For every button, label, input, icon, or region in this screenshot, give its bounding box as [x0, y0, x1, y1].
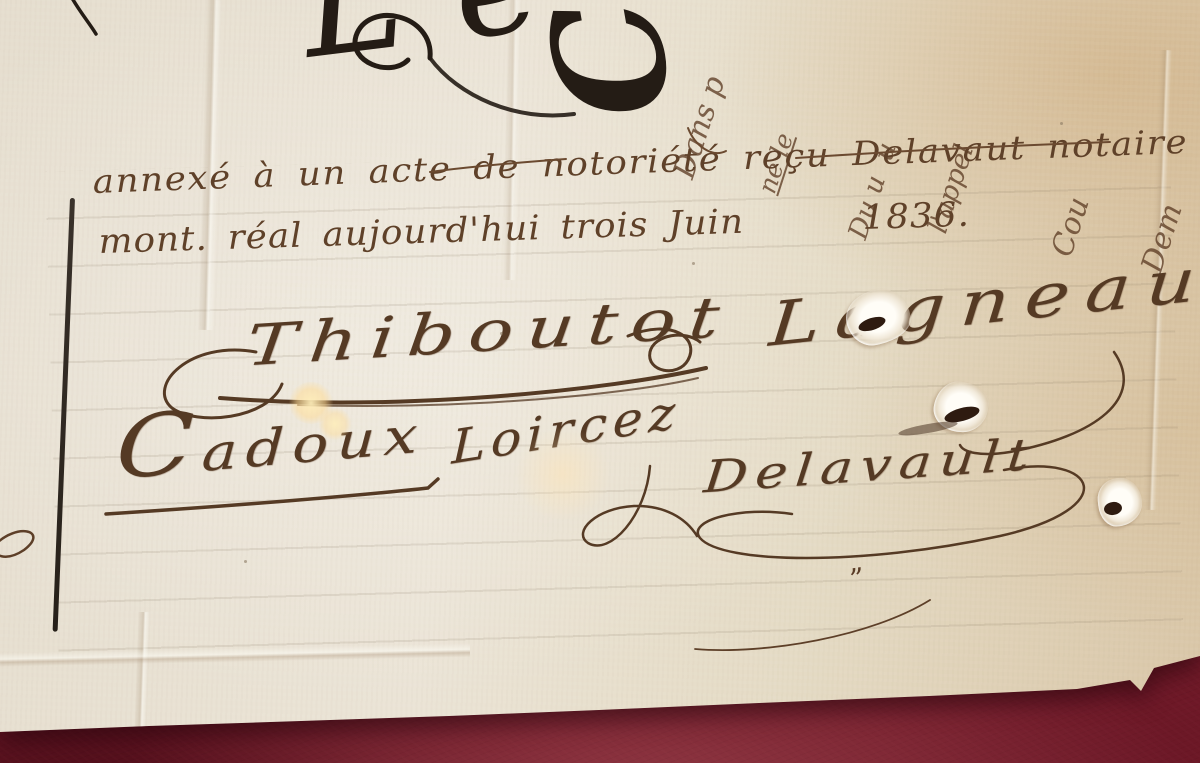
- document-paper-wrap: Le C Dans p né le Du u u l'appel Cou Dem…: [0, 0, 1200, 763]
- dust-speck: [692, 262, 695, 265]
- photo-stage: Le C Dans p né le Du u u l'appel Cou Dem…: [0, 0, 1200, 763]
- dust-speck: [1060, 122, 1063, 125]
- document-paper: Le C Dans p né le Du u u l'appel Cou Dem…: [0, 0, 1200, 763]
- dust-speck: [500, 332, 503, 335]
- dust-speck: [244, 560, 247, 563]
